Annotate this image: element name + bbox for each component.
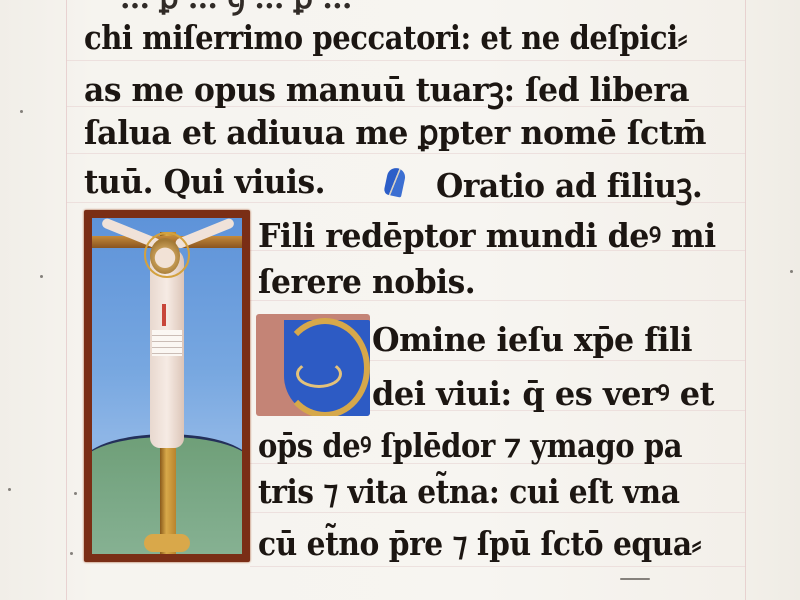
text-line-1: chi miſerrimo peccatori: et ne deſpici⸗ (84, 18, 687, 58)
ruling-line (370, 360, 746, 361)
text-line-10: op̄s deꝰ ſplēdor ⁊ ymago pa (258, 422, 682, 467)
text-line-4: tuū. Qui viuis. (84, 162, 325, 201)
ruling-line (66, 153, 746, 154)
left-ruling-line (66, 0, 67, 600)
text-line-3: ſalua et adiuua me ꝑpter nomē ſctm̄ (84, 113, 706, 152)
text-line-7: ſerere nobis. (258, 262, 475, 301)
loincloth (152, 330, 182, 356)
initial-gold-flourish (296, 360, 342, 388)
ruling-line (250, 512, 746, 513)
paragraph-mark-icon (383, 166, 406, 197)
miniature-sky (92, 218, 242, 554)
text-line-9: dei viui: q̄ es verꝰ et (372, 370, 714, 415)
ruling-line (66, 60, 746, 61)
side-wound (162, 304, 166, 326)
text-line-8: Omine ieſu xp̄e fili (372, 320, 692, 359)
text-line-6: Fili redēptor mundi deꝰ mi (258, 212, 716, 257)
text-line-12: cū et̃no p̄re ⁊ ſpū ſctō equa⸗ (258, 524, 701, 564)
crucifixion-miniature (84, 210, 250, 562)
ruling-line (250, 566, 746, 567)
christ-head (150, 238, 180, 274)
illuminated-initial-d (256, 314, 370, 416)
text-line-cropped: … ꝑ … ꝯ … ꝑ … (120, 0, 352, 17)
manuscript-page: … ꝑ … ꝯ … ꝑ … chi miſerrimo peccatori: e… (0, 0, 800, 600)
christ-feet (144, 534, 190, 552)
text-line-11: tris ⁊ vita et̃na: cui eſt vna (258, 472, 679, 511)
rubric-heading: Oratio ad filiuꝫ. (436, 162, 702, 207)
text-line-2: as me opus manuū tuarꝫ: ſed libera (84, 66, 689, 111)
